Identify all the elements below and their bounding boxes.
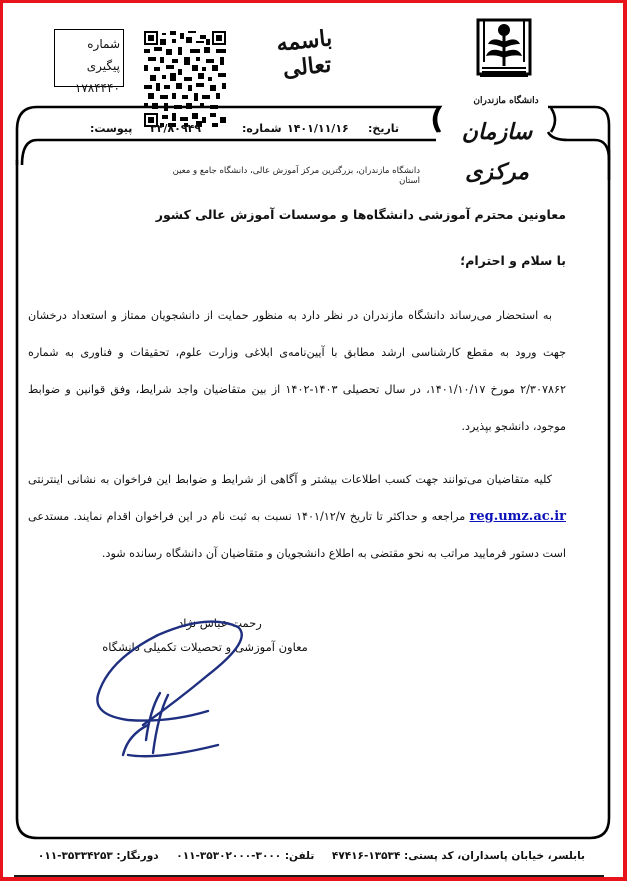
university-tagline: دانشگاه مازندران، بزرگترین مرکز آموزش عا… (150, 166, 420, 186)
paragraph-1: به استحضار می‌رساند دانشگاه مازندران در … (28, 297, 566, 445)
footer-contact: بابلسر، خیابان پاسداران، کد پستی: ۱۳۵۳۴-… (40, 850, 585, 862)
greeting: با سلام و احترام؛ (28, 253, 566, 268)
paragraph-2-text-a: کلیه متقاضیان می‌توانند جهت کسب اطلاعات … (28, 473, 552, 486)
university-tree-logo-icon (474, 18, 534, 82)
number-label: شماره: (242, 122, 282, 135)
number-value: ۳۲/۸۰۹۴۹ (150, 122, 201, 135)
registration-link[interactable]: reg.umz.ac.ir (469, 509, 566, 524)
tracking-label: شماره پیگیری (57, 33, 120, 77)
attachment-label: پیوست: (90, 122, 132, 135)
date-value: ۱۴۰۱/۱۱/۱۶ (287, 122, 349, 135)
paragraph-2: کلیه متقاضیان می‌توانند جهت کسب اطلاعات … (28, 461, 566, 572)
basmala-heading: باسمه تعالی (263, 24, 347, 72)
tracking-number: ۱۷۸۴۴۴۰ (57, 77, 120, 99)
recipient-heading: معاونین محترم آموزشی دانشگاه‌ها و موسسات… (28, 207, 566, 222)
date-label: تاریخ: (368, 122, 399, 135)
footer-phone: تلفن: ۳۰۰۰-۳۵۳۰۲۰۰۰-۰۱۱ (176, 850, 314, 862)
handwritten-signature-icon (88, 615, 258, 765)
footer-divider (14, 875, 604, 878)
logo-caption: دانشگاه مازندران (470, 96, 542, 106)
qr-code-icon (144, 31, 226, 127)
letter-meta-row: تاریخ: ۱۴۰۱/۱۱/۱۶ شماره: ۳۲/۸۰۹۴۹ پیوست: (0, 122, 627, 138)
paragraph-1-text: به استحضار می‌رساند دانشگاه مازندران در … (28, 309, 566, 433)
footer-address: بابلسر، خیابان پاسداران، کد پستی: ۱۳۵۳۴-… (332, 850, 585, 862)
footer-fax: دورنگار: ۳۵۳۳۴۲۵۳-۰۱۱ (38, 850, 159, 862)
tracking-number-box: شماره پیگیری ۱۷۸۴۴۴۰ (54, 29, 124, 87)
